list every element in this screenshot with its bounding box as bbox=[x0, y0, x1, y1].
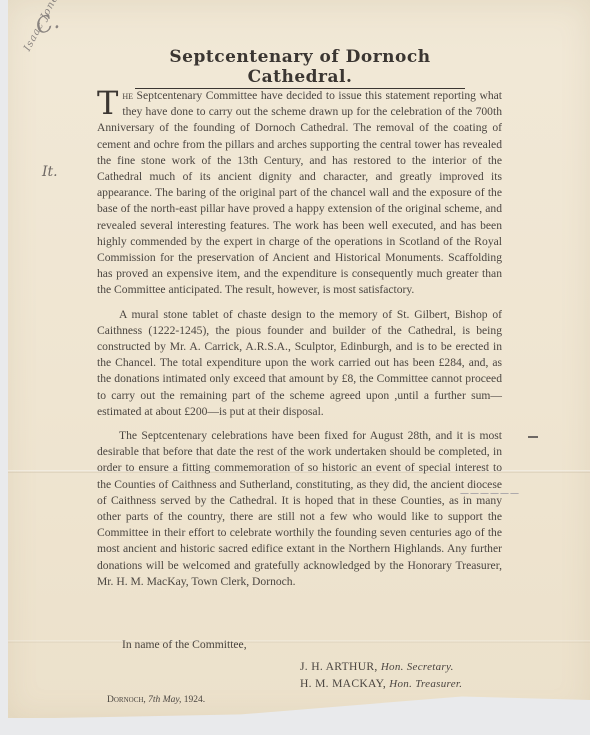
dateline-year: 1924. bbox=[184, 695, 205, 705]
document-title: Septcentenary of Dornoch Cathedral. bbox=[135, 47, 465, 89]
paper-crease bbox=[8, 640, 590, 643]
signatory-role: Hon. Treasurer. bbox=[389, 678, 462, 690]
paragraph-text: Septcentenary Committee have decided to … bbox=[97, 89, 502, 296]
signatory-name: H. M. MACKAY, bbox=[300, 677, 386, 690]
dateline-place: Dornoch, bbox=[107, 695, 146, 705]
signatory-name: J. H. ARTHUR, bbox=[300, 660, 378, 673]
paragraph-1: The Septcentenary Committee have decided… bbox=[97, 88, 502, 299]
closing-line: In name of the Committee, bbox=[122, 638, 247, 651]
lead-in: he bbox=[122, 89, 133, 102]
signatory-role: Hon. Secretary. bbox=[381, 661, 454, 673]
paragraph-3: The Septcentenary celebrations have been… bbox=[97, 428, 502, 590]
paragraph-2: A mural stone tablet of chaste design to… bbox=[97, 307, 502, 420]
dateline-day: 7th bbox=[148, 695, 160, 705]
drop-cap: T bbox=[97, 89, 118, 117]
signatory-secretary: J. H. ARTHUR, Hon. Secretary. bbox=[300, 660, 454, 673]
document-body: The Septcentenary Committee have decided… bbox=[97, 88, 502, 598]
margin-dash bbox=[528, 436, 538, 438]
dateline: Dornoch, 7th May, 1924. bbox=[107, 695, 205, 705]
margin-annotation: It. bbox=[42, 164, 58, 180]
signatory-treasurer: H. M. MACKAY, Hon. Treasurer. bbox=[300, 677, 462, 690]
dateline-month: May, bbox=[163, 695, 182, 705]
